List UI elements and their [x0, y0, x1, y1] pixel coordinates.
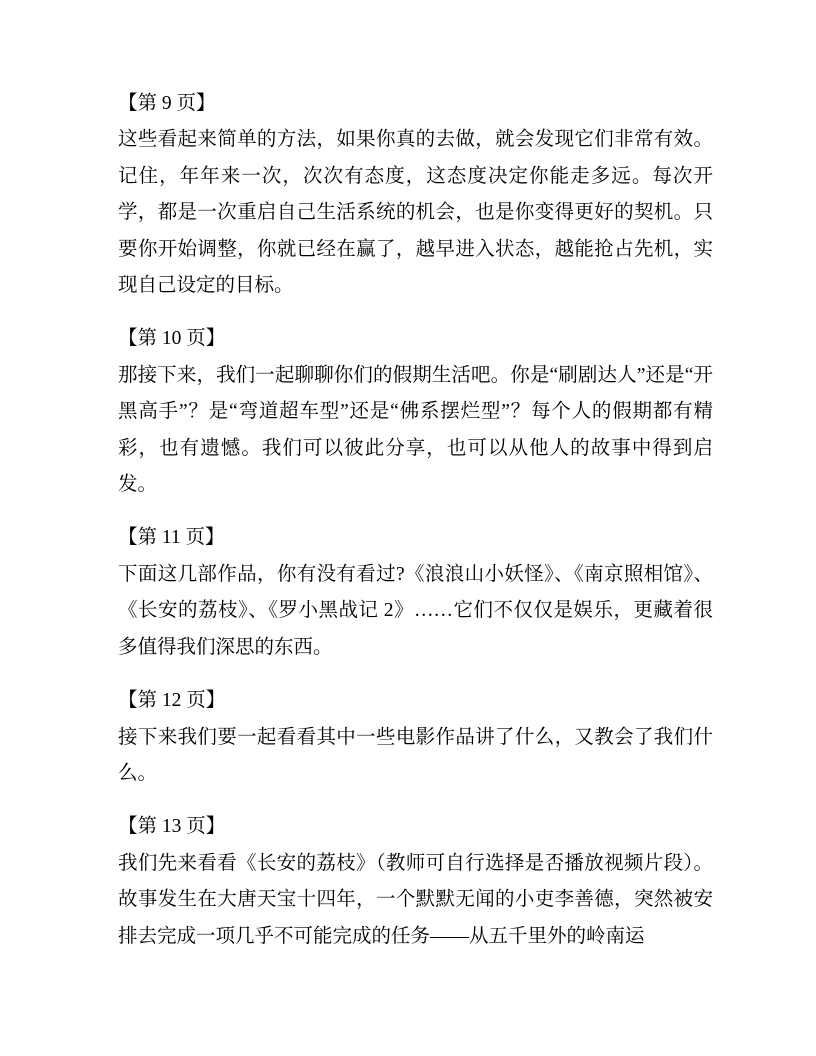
- slide-body-text: 我们先来看看《长安的荔枝》（教师可自行选择是否播放视频片段）。故事发生在大唐天宝…: [118, 846, 713, 955]
- slide-section: 【第 12 页】 接下来我们要一起看看其中一些电影作品讲了什么，又教会了我们什么…: [118, 683, 713, 792]
- slide-page-heading: 【第 9 页】: [118, 86, 713, 122]
- document-page: 【第 9 页】 这些看起来简单的方法，如果你真的去做，就会发现它们非常有效。记住…: [0, 0, 816, 1056]
- slide-body-text: 接下来我们要一起看看其中一些电影作品讲了什么，又教会了我们什么。: [118, 720, 713, 793]
- slide-page-heading: 【第 13 页】: [118, 809, 713, 845]
- slide-body-text: 那接下来，我们一起聊聊你们的假期生活吧。你是“刷剧达人”还是“开黑高手”？是“弯…: [118, 358, 713, 504]
- slide-section: 【第 10 页】 那接下来，我们一起聊聊你们的假期生活吧。你是“刷剧达人”还是“…: [118, 321, 713, 503]
- slide-section: 【第 11 页】 下面这几部作品，你有没有看过?《浪浪山小妖怪》、《南京照相馆》…: [118, 520, 713, 666]
- slide-body-text: 这些看起来简单的方法，如果你真的去做，就会发现它们非常有效。记住，年年来一次，次…: [118, 122, 713, 304]
- slide-page-heading: 【第 11 页】: [118, 520, 713, 556]
- slide-page-heading: 【第 10 页】: [118, 321, 713, 357]
- slide-page-heading: 【第 12 页】: [118, 683, 713, 719]
- slide-section: 【第 9 页】 这些看起来简单的方法，如果你真的去做，就会发现它们非常有效。记住…: [118, 86, 713, 304]
- slide-body-text: 下面这几部作品，你有没有看过?《浪浪山小妖怪》、《南京照相馆》、《长安的荔枝》、…: [118, 557, 713, 666]
- document-content: 【第 9 页】 这些看起来简单的方法，如果你真的去做，就会发现它们非常有效。记住…: [118, 86, 713, 972]
- slide-section: 【第 13 页】 我们先来看看《长安的荔枝》（教师可自行选择是否播放视频片段）。…: [118, 809, 713, 955]
